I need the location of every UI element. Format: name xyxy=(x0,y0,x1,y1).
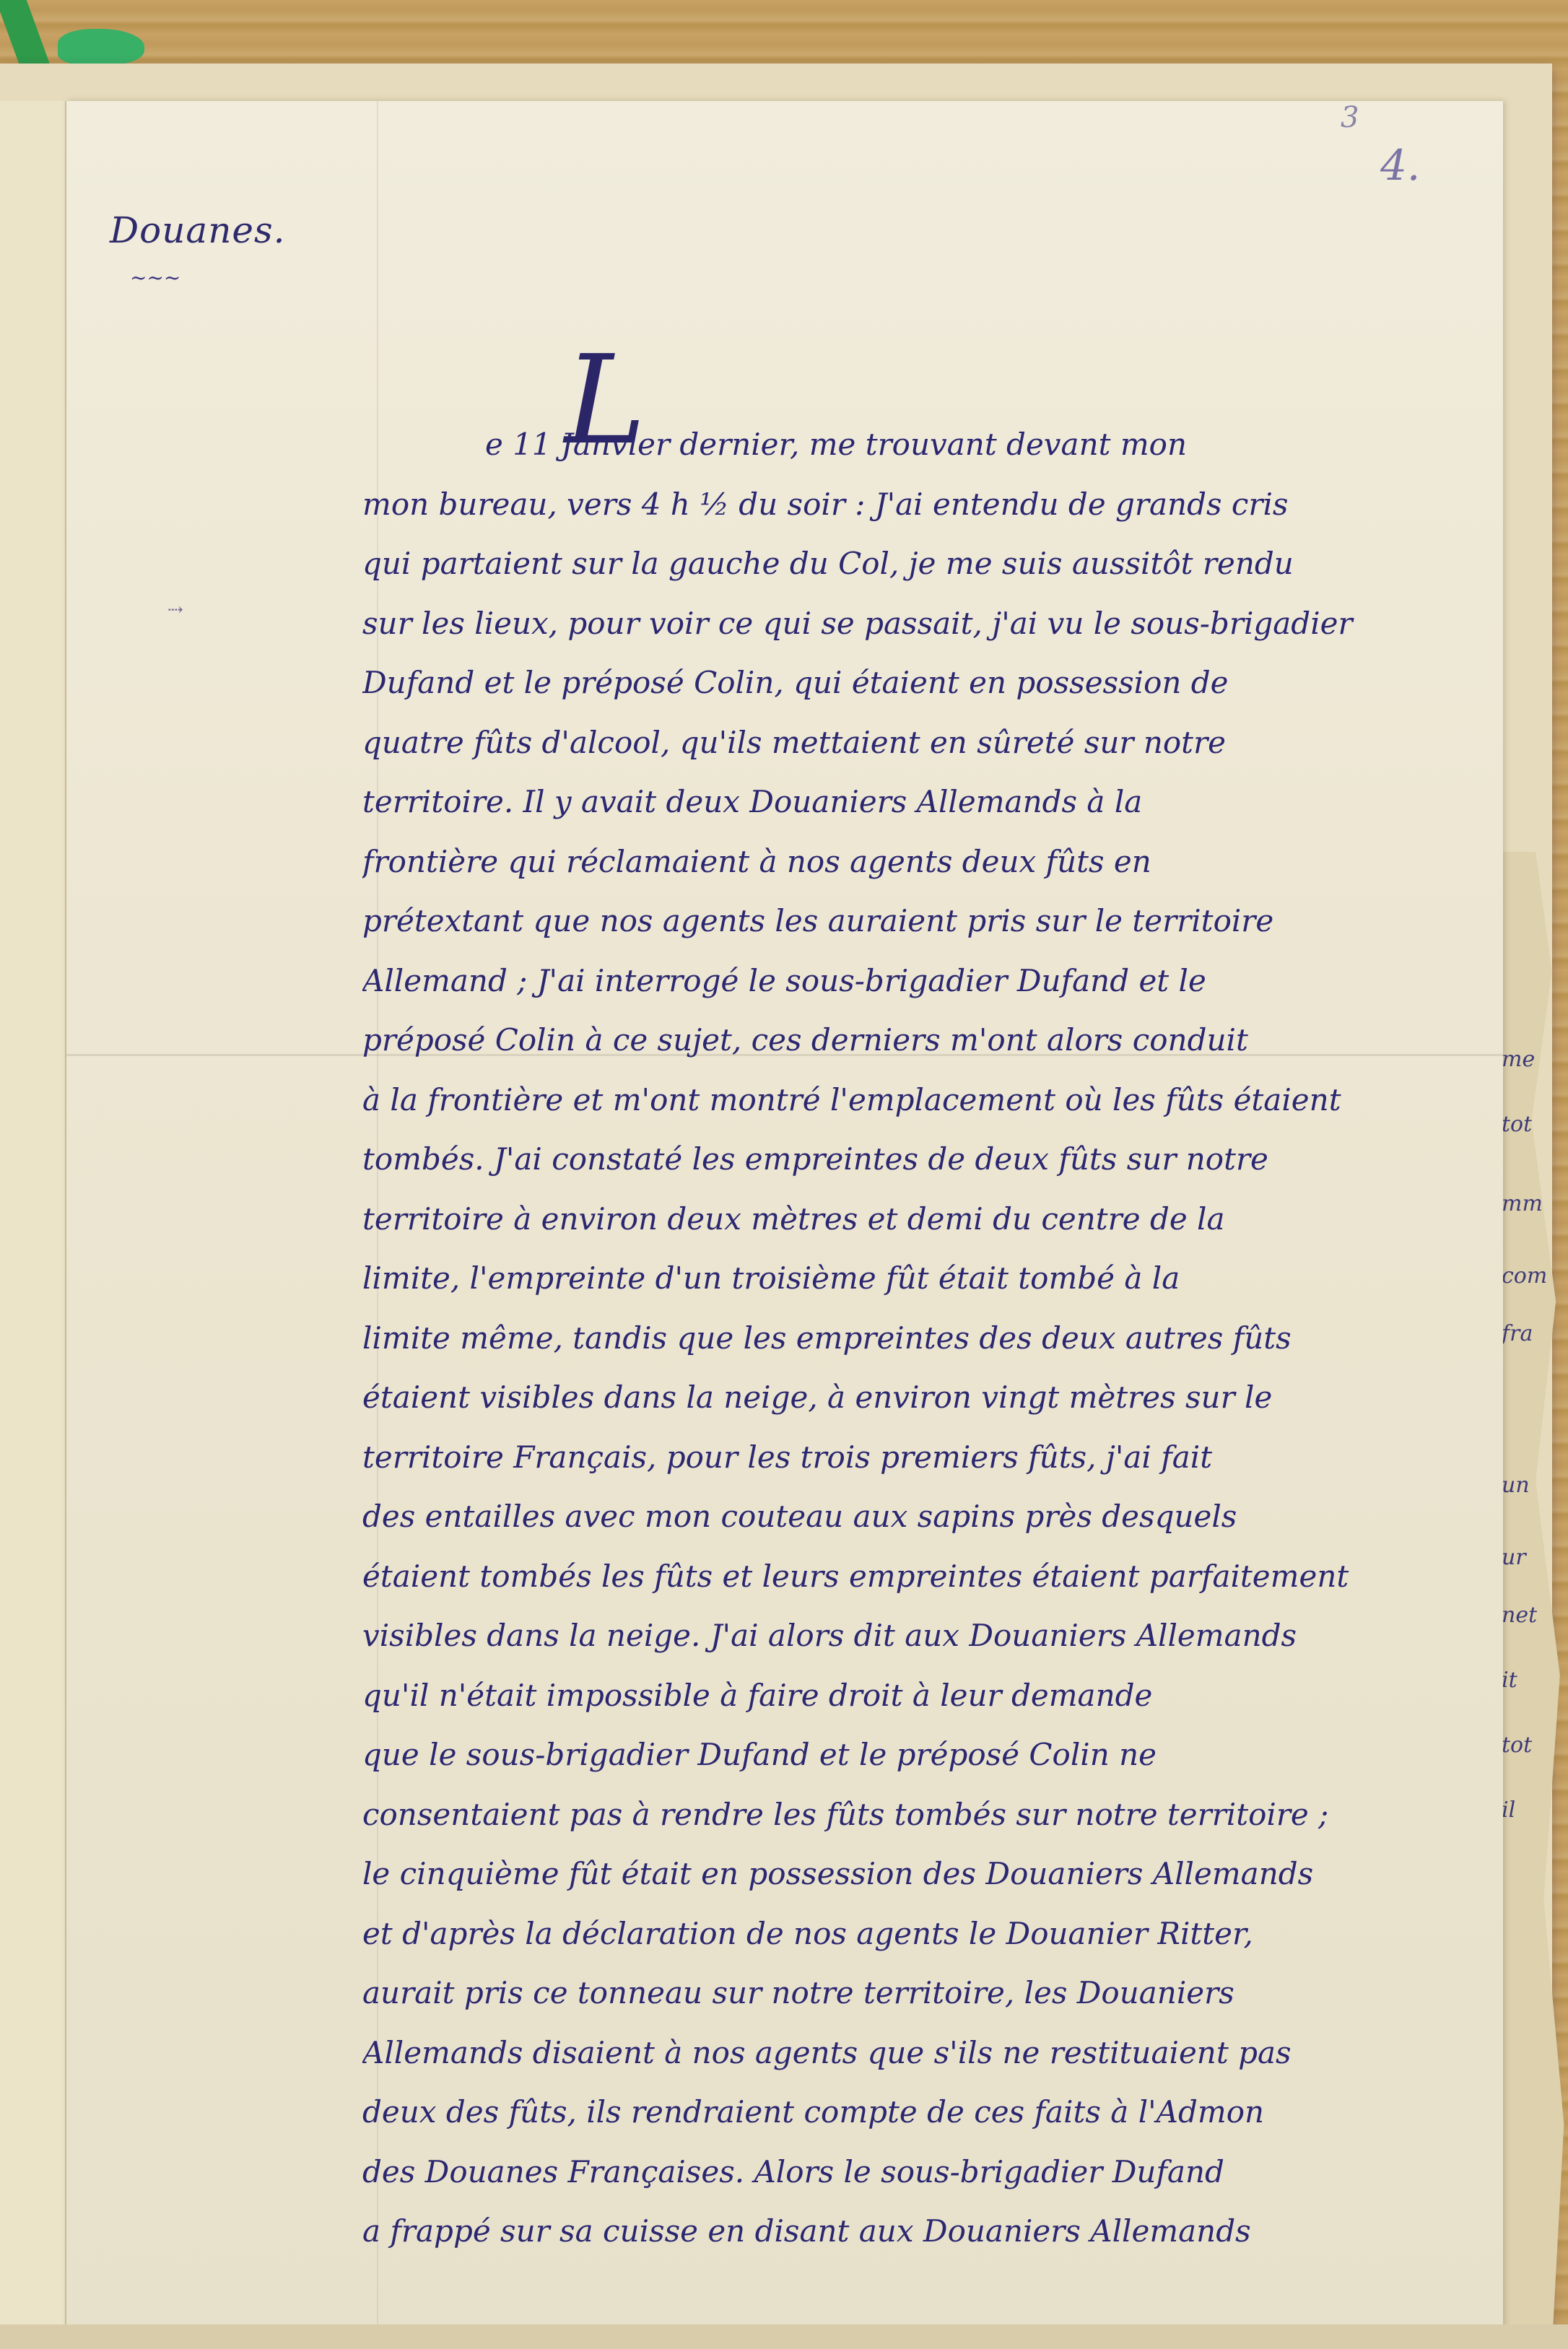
text-line: deux des fûts, ils rendraient compte de … xyxy=(362,2083,1546,2143)
text-line: limite, l'empreinte d'un troisième fût é… xyxy=(362,1249,1546,1309)
text-line: consentaient pas à rendre les fûts tombé… xyxy=(362,1785,1546,1845)
text-line: des Douanes Françaises. Alors le sous-br… xyxy=(362,2143,1546,2202)
text-line: à la frontière et m'ont montré l'emplace… xyxy=(362,1071,1546,1130)
text-line: qu'il n'était impossible à faire droit à… xyxy=(362,1666,1546,1726)
text-line: mon bureau, vers 4 h ½ du soir : J'ai en… xyxy=(362,475,1546,535)
document-heading: Douanes. xyxy=(110,209,286,251)
text-line: étaient tombés les fûts et leurs emprein… xyxy=(362,1547,1546,1607)
text-line: limite même, tandis que les empreintes d… xyxy=(362,1309,1546,1369)
text-line: territoire à environ deux mètres et demi… xyxy=(362,1190,1546,1250)
heading-underline-squiggle: ~~~ xyxy=(130,266,180,289)
text-line: Allemands disaient à nos agents que s'il… xyxy=(362,2023,1546,2083)
text-line: tombés. J'ai constaté les empreintes de … xyxy=(362,1130,1546,1190)
text-line: Allemand ; J'ai interrogé le sous-brigad… xyxy=(362,951,1546,1011)
handwritten-body: e 11 Janvier dernier, me trouvant devant… xyxy=(362,415,1546,2262)
text-line: visibles dans la neige. J'ai alors dit a… xyxy=(362,1606,1546,1666)
text-line: qui partaient sur la gauche du Col, je m… xyxy=(362,534,1546,594)
text-line: quatre fûts d'alcool, qu'ils mettaient e… xyxy=(362,713,1546,773)
margin-arrow-mark: ⇢ xyxy=(167,599,183,621)
text-line: territoire Français, pour les trois prem… xyxy=(362,1428,1546,1488)
text-line: a frappé sur sa cuisse en disant aux Dou… xyxy=(362,2202,1546,2262)
text-line: territoire. Il y avait deux Douaniers Al… xyxy=(362,772,1546,832)
text-line: e 11 Janvier dernier, me trouvant devant… xyxy=(362,415,1546,475)
text-line: que le sous-brigadier Dufand et le prépo… xyxy=(362,1725,1546,1785)
text-line: Dufand et le préposé Colin, qui étaient … xyxy=(362,653,1546,713)
text-line: frontière qui réclamaient à nos agents d… xyxy=(362,832,1546,892)
text-line: et d'après la déclaration de nos agents … xyxy=(362,1904,1546,1964)
left-sheet-edge xyxy=(0,101,66,2349)
page-number-ink: 4. xyxy=(1380,141,1420,190)
text-line: prétextant que nos agents les auraient p… xyxy=(362,892,1546,951)
text-line: préposé Colin à ce sujet, ces derniers m… xyxy=(362,1011,1546,1071)
text-line: sur les lieux, pour voir ce qui se passa… xyxy=(362,594,1546,654)
page-number-pencil: 3 xyxy=(1341,101,1359,134)
text-line: le cinquième fût était en possession des… xyxy=(362,1844,1546,1904)
text-line: aurait pris ce tonneau sur notre territo… xyxy=(362,1964,1546,2023)
bottom-sheet-edge xyxy=(0,2324,1568,2349)
green-tape-blob xyxy=(58,29,144,65)
document-page: 3 4. Douanes. ~~~ L ⇢ e 11 Janvier derni… xyxy=(66,101,1503,2346)
text-line: étaient visibles dans la neige, à enviro… xyxy=(362,1368,1546,1428)
text-line: des entailles avec mon couteau aux sapin… xyxy=(362,1487,1546,1547)
